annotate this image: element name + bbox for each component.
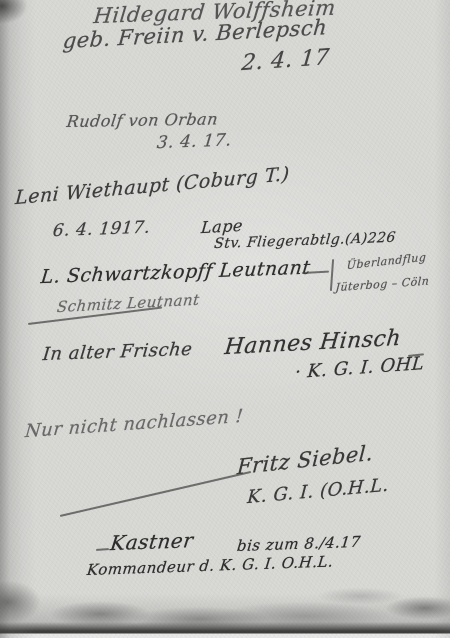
pen-stroke-kastner-dash [96,548,109,550]
date-note-until: bis zum 8./4.17 [236,533,362,555]
pen-stroke-siebel-flourish [60,471,251,517]
motto-nur-nicht-nachlassen: Nur nicht nachlassen ! [24,406,244,442]
greeting-in-alter-frische: In alter Frische [42,339,194,365]
note-ueberlandflug: Überlandflug [347,251,427,272]
note-jueterbog-coeln: Jüterbog – Cöln [335,274,430,294]
signature-rudolf-von-orban: Rudolf von Orban [66,109,220,131]
pen-stroke-bracket-dash [302,271,329,274]
date-entry-2: 3. 4. 17. [156,130,233,153]
signature-kastner: Kastner [109,528,195,555]
title-kommandeur-kg1-ohl: Kommandeur d. K. G. I. O.H.L. [86,552,334,579]
unit-note-kg1-ohl: · K. G. I. OHL [294,353,425,383]
signature-fritz-siebel: Fritz Siebel. [236,441,374,480]
signature-hannes-hinsch: Hannes Hinsch [223,326,402,360]
signature-lape: Lape [200,216,243,237]
scanned-autograph-page: Hildegard Wolffsheim geb. Freiin v. Berl… [0,0,450,638]
signature-schwartzkopff: L. Schwartzkopff Leutnant [40,257,312,289]
unit-note-kg1-ohl-2: K. G. I. (O.H.L. [247,475,390,509]
pen-stroke-bracket-bar [330,259,334,291]
signature-leni-wiethaupt: Leni Wiethaupt (Coburg T.) [14,163,290,209]
signature-schmitz: Schmitz Leutnant [56,291,201,317]
date-entry-3: 6. 4. 1917. [52,218,151,241]
date-entry-1: 2. 4. 17 [240,45,330,76]
